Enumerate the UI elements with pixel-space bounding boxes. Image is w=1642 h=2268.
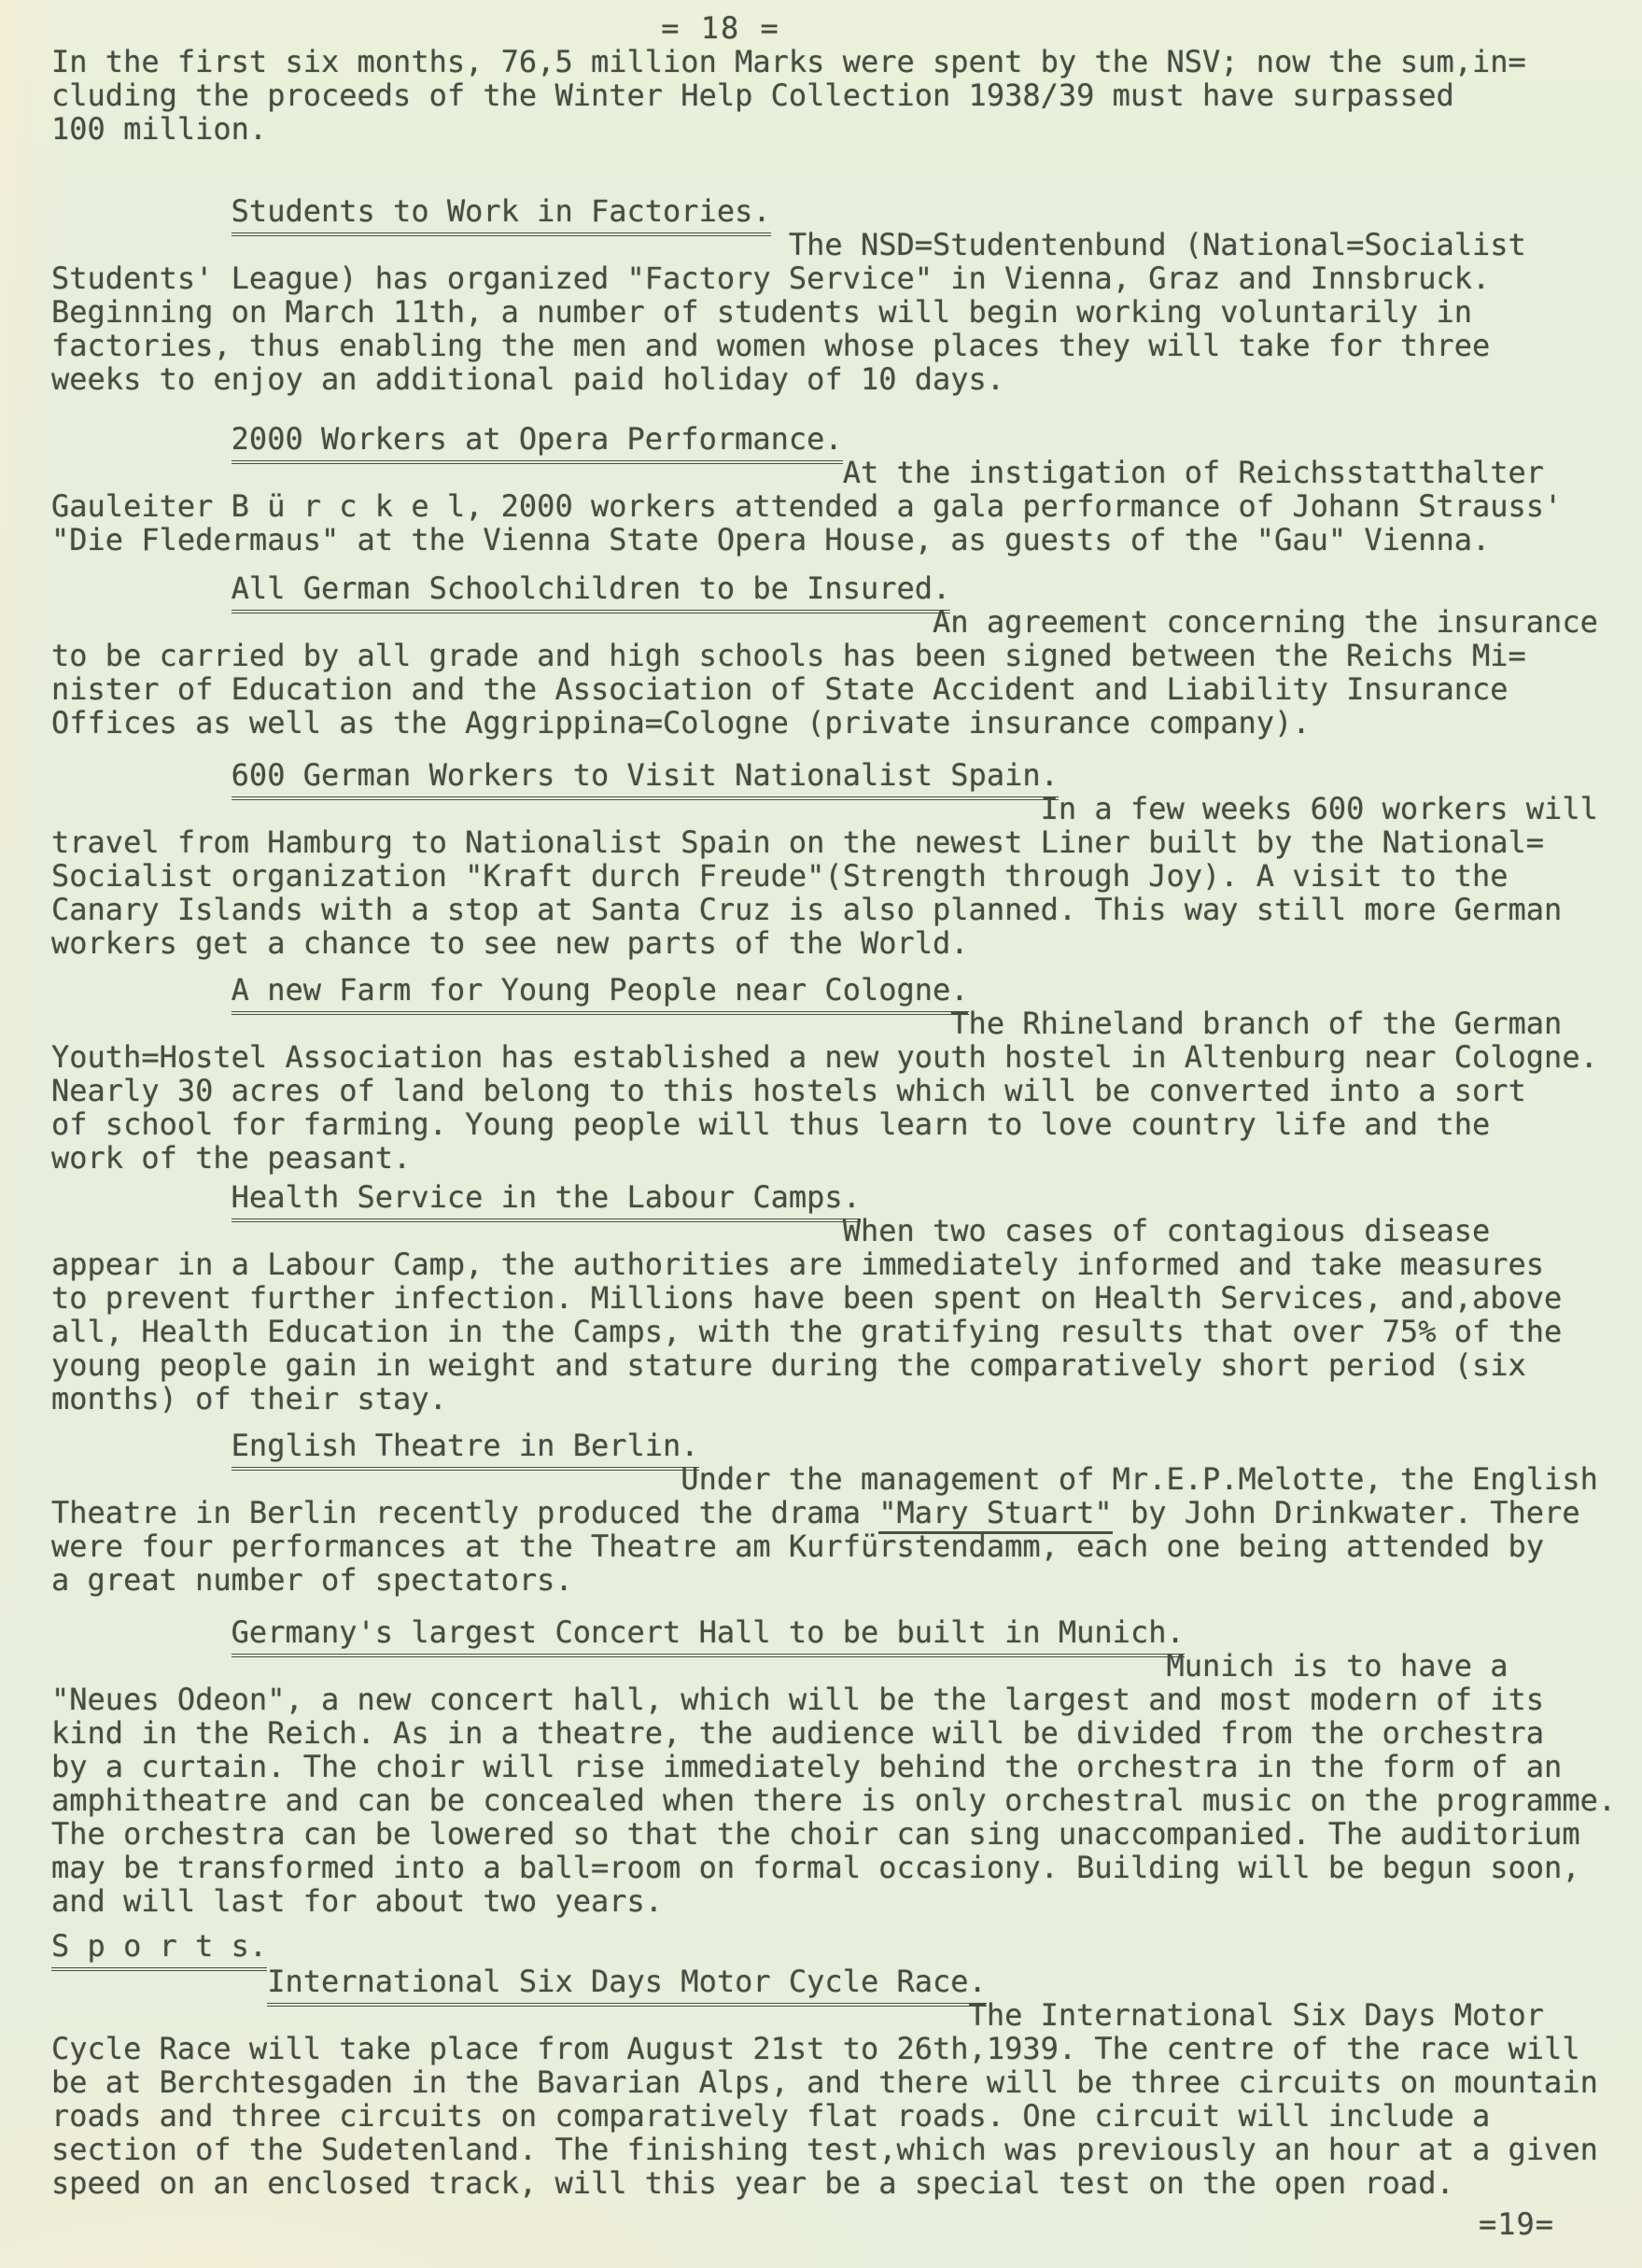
text-line: factories, thus enabling the men and wom… <box>51 329 1642 362</box>
intro-paragraph: In the first six months, 76,5 million Ma… <box>51 45 1642 146</box>
section: English Theatre in Berlin.Under the mana… <box>51 1429 1642 1597</box>
text-line: Gauleiter B ü r c k e l, 2000 workers at… <box>51 489 1642 523</box>
text-line: travel from Hamburg to Nationalist Spain… <box>51 825 1642 859</box>
section-heading: Germany's largest Concert Hall to be bui… <box>51 1615 1642 1649</box>
text-line: months) of their stay. <box>51 1382 1642 1416</box>
text-line: Nearly 30 acres of land belong to this h… <box>51 1074 1642 1107</box>
text-line: "Die Fledermaus" at the Vienna State Ope… <box>51 523 1642 556</box>
text-line: "Neues Odeon", a new concert hall, which… <box>51 1683 1642 1716</box>
text-line: Socialist organization "Kraft durch Freu… <box>51 859 1642 893</box>
section-heading-text: All German Schoolchildren to be Insured. <box>232 571 951 613</box>
text-line: Cycle Race will take place from August 2… <box>51 2032 1642 2065</box>
text-line: 100 million. <box>51 112 1642 146</box>
page-number-top: = 18 = <box>51 11 1642 45</box>
text-line: be at Berchtesgaden in the Bavarian Alps… <box>51 2065 1642 2099</box>
section: International Six Days Motor Cycle Race.… <box>51 1965 1642 2200</box>
text-line: nister of Education and the Association … <box>51 672 1642 706</box>
section-heading: Health Service in the Labour Camps. <box>51 1180 1642 1214</box>
text-line: may be transformed into a ball=room on f… <box>51 1851 1642 1884</box>
text-line: all, Health Education in the Camps, with… <box>51 1315 1642 1348</box>
sections-container: Students to Work in Factories.The NSD=St… <box>51 194 1642 2200</box>
text-line: Offices as well as the Aggrippina=Cologn… <box>51 706 1642 740</box>
section: All German Schoolchildren to be Insured.… <box>51 571 1642 740</box>
section: 2000 Workers at Opera Performance.At the… <box>51 422 1642 556</box>
section-heading: International Six Days Motor Cycle Race. <box>51 1965 1642 1998</box>
section-heading-text: Health Service in the Labour Camps. <box>232 1180 861 1222</box>
text-line: roads and three circuits on comparativel… <box>51 2099 1642 2133</box>
text-line: work of the peasant. <box>51 1141 1642 1175</box>
text-line: to be carried by all grade and high scho… <box>51 639 1642 672</box>
section-heading: 2000 Workers at Opera Performance. <box>51 422 1642 456</box>
section-heading: English Theatre in Berlin. <box>51 1429 1642 1462</box>
section-heading-text: International Six Days Motor Cycle Race. <box>267 1965 987 2007</box>
section: A new Farm for Young People near Cologne… <box>51 973 1642 1175</box>
document-page: = 18 = In the first six months, 76,5 mil… <box>0 0 1642 2268</box>
section-heading: S p o r t s. <box>51 1929 1642 1963</box>
text-line: Youth=Hostel Association has established… <box>51 1040 1642 1074</box>
section-heading-text: A new Farm for Young People near Cologne… <box>232 973 969 1015</box>
text-line: appear in a Labour Camp, the authorities… <box>51 1247 1642 1281</box>
text-line: to prevent further infection. Millions h… <box>51 1281 1642 1315</box>
text-line: amphitheatre and can be concealed when t… <box>51 1783 1642 1817</box>
section-heading: Students to Work in Factories. <box>51 194 1642 228</box>
section: S p o r t s. <box>51 1929 1642 1963</box>
text-line: were four performances at the Theatre am… <box>51 1529 1642 1563</box>
page-number-bottom: =19= <box>51 2207 1642 2241</box>
section: Students to Work in Factories.The NSD=St… <box>51 194 1642 396</box>
section-heading: A new Farm for Young People near Cologne… <box>51 973 1642 1007</box>
section-heading: All German Schoolchildren to be Insured. <box>51 571 1642 605</box>
section: Germany's largest Concert Hall to be bui… <box>51 1615 1642 1918</box>
text-line: section of the Sudetenland. The finishin… <box>51 2133 1642 2166</box>
section-heading-text: Students to Work in Factories. <box>232 194 771 236</box>
text-line: Canary Islands with a stop at Santa Cruz… <box>51 893 1642 926</box>
text-line: of school for farming. Young people will… <box>51 1107 1642 1141</box>
text-line: speed on an enclosed track, will this ye… <box>51 2166 1642 2200</box>
text-line: and will last for about two years. <box>51 1884 1642 1918</box>
text-line: Theatre in Berlin recently produced the … <box>51 1496 1642 1529</box>
text-line: In the first six months, 76,5 million Ma… <box>51 45 1642 78</box>
section-heading-text: S p o r t s. <box>51 1929 267 1971</box>
section-heading-text: Germany's largest Concert Hall to be bui… <box>232 1615 1185 1657</box>
text-line: Students' League) has organized "Factory… <box>51 261 1642 295</box>
text-line: The orchestra can be lowered so that the… <box>51 1817 1642 1851</box>
text-line: by a curtain. The choir will rise immedi… <box>51 1750 1642 1783</box>
text-line: cluding the proceeds of the Winter Help … <box>51 78 1642 112</box>
text-line: a great number of spectators. <box>51 1563 1642 1597</box>
text-line: Beginning on March 11th, a number of stu… <box>51 295 1642 329</box>
section: 600 German Workers to Visit Nationalist … <box>51 758 1642 960</box>
section-heading: 600 German Workers to Visit Nationalist … <box>51 758 1642 792</box>
text-line: workers get a chance to see new parts of… <box>51 926 1642 960</box>
section: Health Service in the Labour Camps.When … <box>51 1180 1642 1416</box>
text-line: weeks to enjoy an additional paid holida… <box>51 362 1642 396</box>
text-line: young people gain in weight and stature … <box>51 1348 1642 1382</box>
section-heading-text: 2000 Workers at Opera Performance. <box>232 422 843 464</box>
page-number-top-text: = 18 = <box>661 11 780 45</box>
section-heading-text: 600 German Workers to Visit Nationalist … <box>232 758 1059 800</box>
text-line: kind in the Reich. As in a theatre, the … <box>51 1716 1642 1750</box>
section-heading-text: English Theatre in Berlin. <box>232 1429 699 1471</box>
